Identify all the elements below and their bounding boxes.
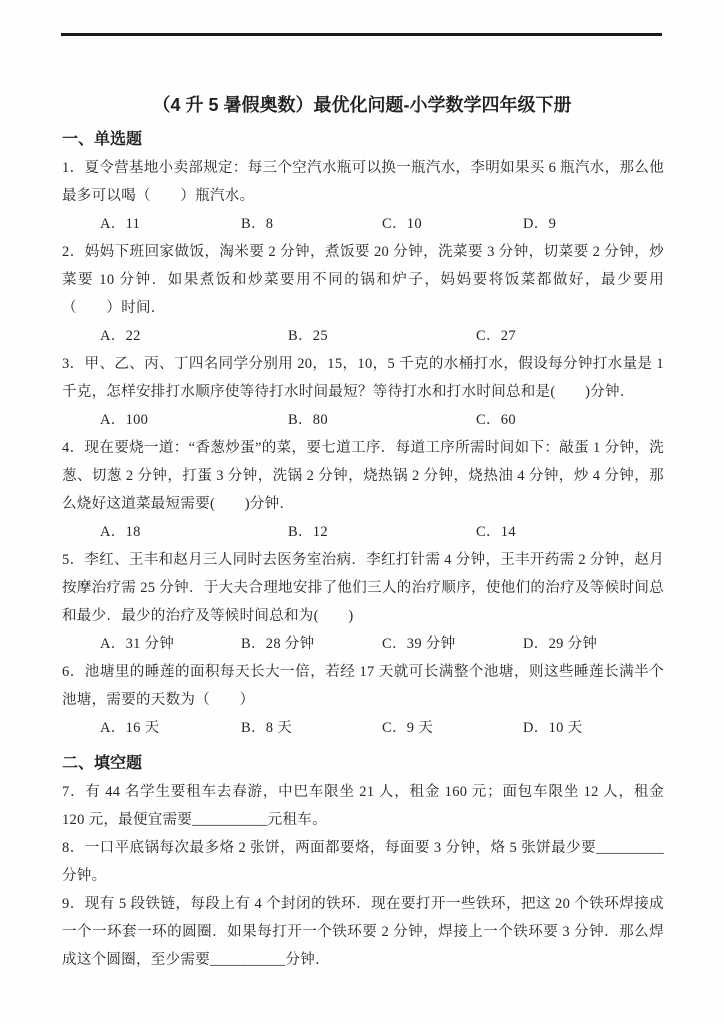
question-2-option-a: A．22 [100, 322, 288, 350]
header-rule [61, 33, 662, 36]
worksheet-content: 一、单选题 1．夏令营基地小卖部规定：每三个空汽水瓶可以换一瓶汽水，李明如果买 … [62, 126, 664, 974]
question-2-option-c: C．27 [476, 322, 664, 350]
question-5-options: A．31 分钟 B．28 分钟 C．39 分钟 D．29 分钟 [100, 630, 664, 658]
question-6: 6．池塘里的睡莲的面积每天长大一倍，若经 17 天就可长满整个池塘，则这些睡莲长… [62, 658, 664, 742]
question-2: 2．妈妈下班回家做饭，淘米要 2 分钟，煮饭要 20 分钟，洗菜要 3 分钟，切… [62, 238, 664, 350]
question-6-option-d: D．10 天 [523, 714, 664, 742]
question-3-option-b: B．80 [288, 406, 476, 434]
question-6-text: 6．池塘里的睡莲的面积每天长大一倍，若经 17 天就可长满整个池塘，则这些睡莲长… [62, 658, 664, 714]
question-3: 3．甲、乙、丙、丁四名同学分别用 20，15，10，5 千克的水桶打水，假设每分… [62, 350, 664, 434]
question-8: 8．一口平底锅每次最多烙 2 张饼，两面都要烙，每面要 3 分钟，烙 5 张饼最… [62, 834, 664, 890]
section-heading-fill-blank: 二、填空题 [62, 750, 664, 778]
question-9: 9．现有 5 段铁链，每段上有 4 个封闭的铁环．现在要打开一些铁环，把这 20… [62, 890, 664, 974]
question-1: 1．夏令营基地小卖部规定：每三个空汽水瓶可以换一瓶汽水，李明如果买 6 瓶汽水，… [62, 154, 664, 238]
question-5-option-b: B．28 分钟 [241, 630, 382, 658]
question-4-text: 4．现在要烧一道：“香葱炒蛋”的菜，要七道工序．每道工序所需时间如下：敲蛋 1 … [62, 434, 664, 518]
question-6-option-b: B．8 天 [241, 714, 382, 742]
question-6-options: A．16 天 B．8 天 C．9 天 D．10 天 [100, 714, 664, 742]
question-5-text: 5．李红、王丰和赵月三人同时去医务室治病．李红打针需 4 分钟，王丰开药需 2 … [62, 546, 664, 630]
question-4: 4．现在要烧一道：“香葱炒蛋”的菜，要七道工序．每道工序所需时间如下：敲蛋 1 … [62, 434, 664, 546]
question-6-option-c: C．9 天 [382, 714, 523, 742]
question-1-option-d: D．9 [523, 210, 664, 238]
question-6-option-a: A．16 天 [100, 714, 241, 742]
question-4-option-c: C．14 [476, 518, 664, 546]
question-1-option-b: B．8 [241, 210, 382, 238]
question-1-option-c: C．10 [382, 210, 523, 238]
question-5-option-d: D．29 分钟 [523, 630, 664, 658]
question-3-option-a: A．100 [100, 406, 288, 434]
section-heading-single-choice: 一、单选题 [62, 126, 664, 154]
question-5: 5．李红、王丰和赵月三人同时去医务室治病．李红打针需 4 分钟，王丰开药需 2 … [62, 546, 664, 658]
question-1-option-a: A．11 [100, 210, 241, 238]
page-title: （4 升 5 暑假奥数）最优化问题-小学数学四年级下册 [62, 92, 662, 118]
question-9-text: 9．现有 5 段铁链，每段上有 4 个封闭的铁环．现在要打开一些铁环，把这 20… [62, 890, 664, 974]
question-2-text: 2．妈妈下班回家做饭，淘米要 2 分钟，煮饭要 20 分钟，洗菜要 3 分钟，切… [62, 238, 664, 322]
worksheet-page: （4 升 5 暑假奥数）最优化问题-小学数学四年级下册 一、单选题 1．夏令营基… [0, 0, 724, 1024]
question-3-text: 3．甲、乙、丙、丁四名同学分别用 20，15，10，5 千克的水桶打水，假设每分… [62, 350, 664, 406]
question-7: 7．有 44 名学生要租车去春游，中巴车限坐 21 人，租金 160 元；面包车… [62, 778, 664, 834]
question-1-options: A．11 B．8 C．10 D．9 [100, 210, 664, 238]
question-2-options: A．22 B．25 C．27 [100, 322, 664, 350]
question-4-options: A．18 B．12 C．14 [100, 518, 664, 546]
question-8-text: 8．一口平底锅每次最多烙 2 张饼，两面都要烙，每面要 3 分钟，烙 5 张饼最… [62, 834, 664, 890]
question-5-option-c: C．39 分钟 [382, 630, 523, 658]
question-3-option-c: C．60 [476, 406, 664, 434]
question-5-option-a: A．31 分钟 [100, 630, 241, 658]
question-3-options: A．100 B．80 C．60 [100, 406, 664, 434]
question-2-option-b: B．25 [288, 322, 476, 350]
question-4-option-b: B．12 [288, 518, 476, 546]
question-1-text: 1．夏令营基地小卖部规定：每三个空汽水瓶可以换一瓶汽水，李明如果买 6 瓶汽水，… [62, 154, 664, 210]
question-7-text: 7．有 44 名学生要租车去春游，中巴车限坐 21 人，租金 160 元；面包车… [62, 778, 664, 834]
question-4-option-a: A．18 [100, 518, 288, 546]
